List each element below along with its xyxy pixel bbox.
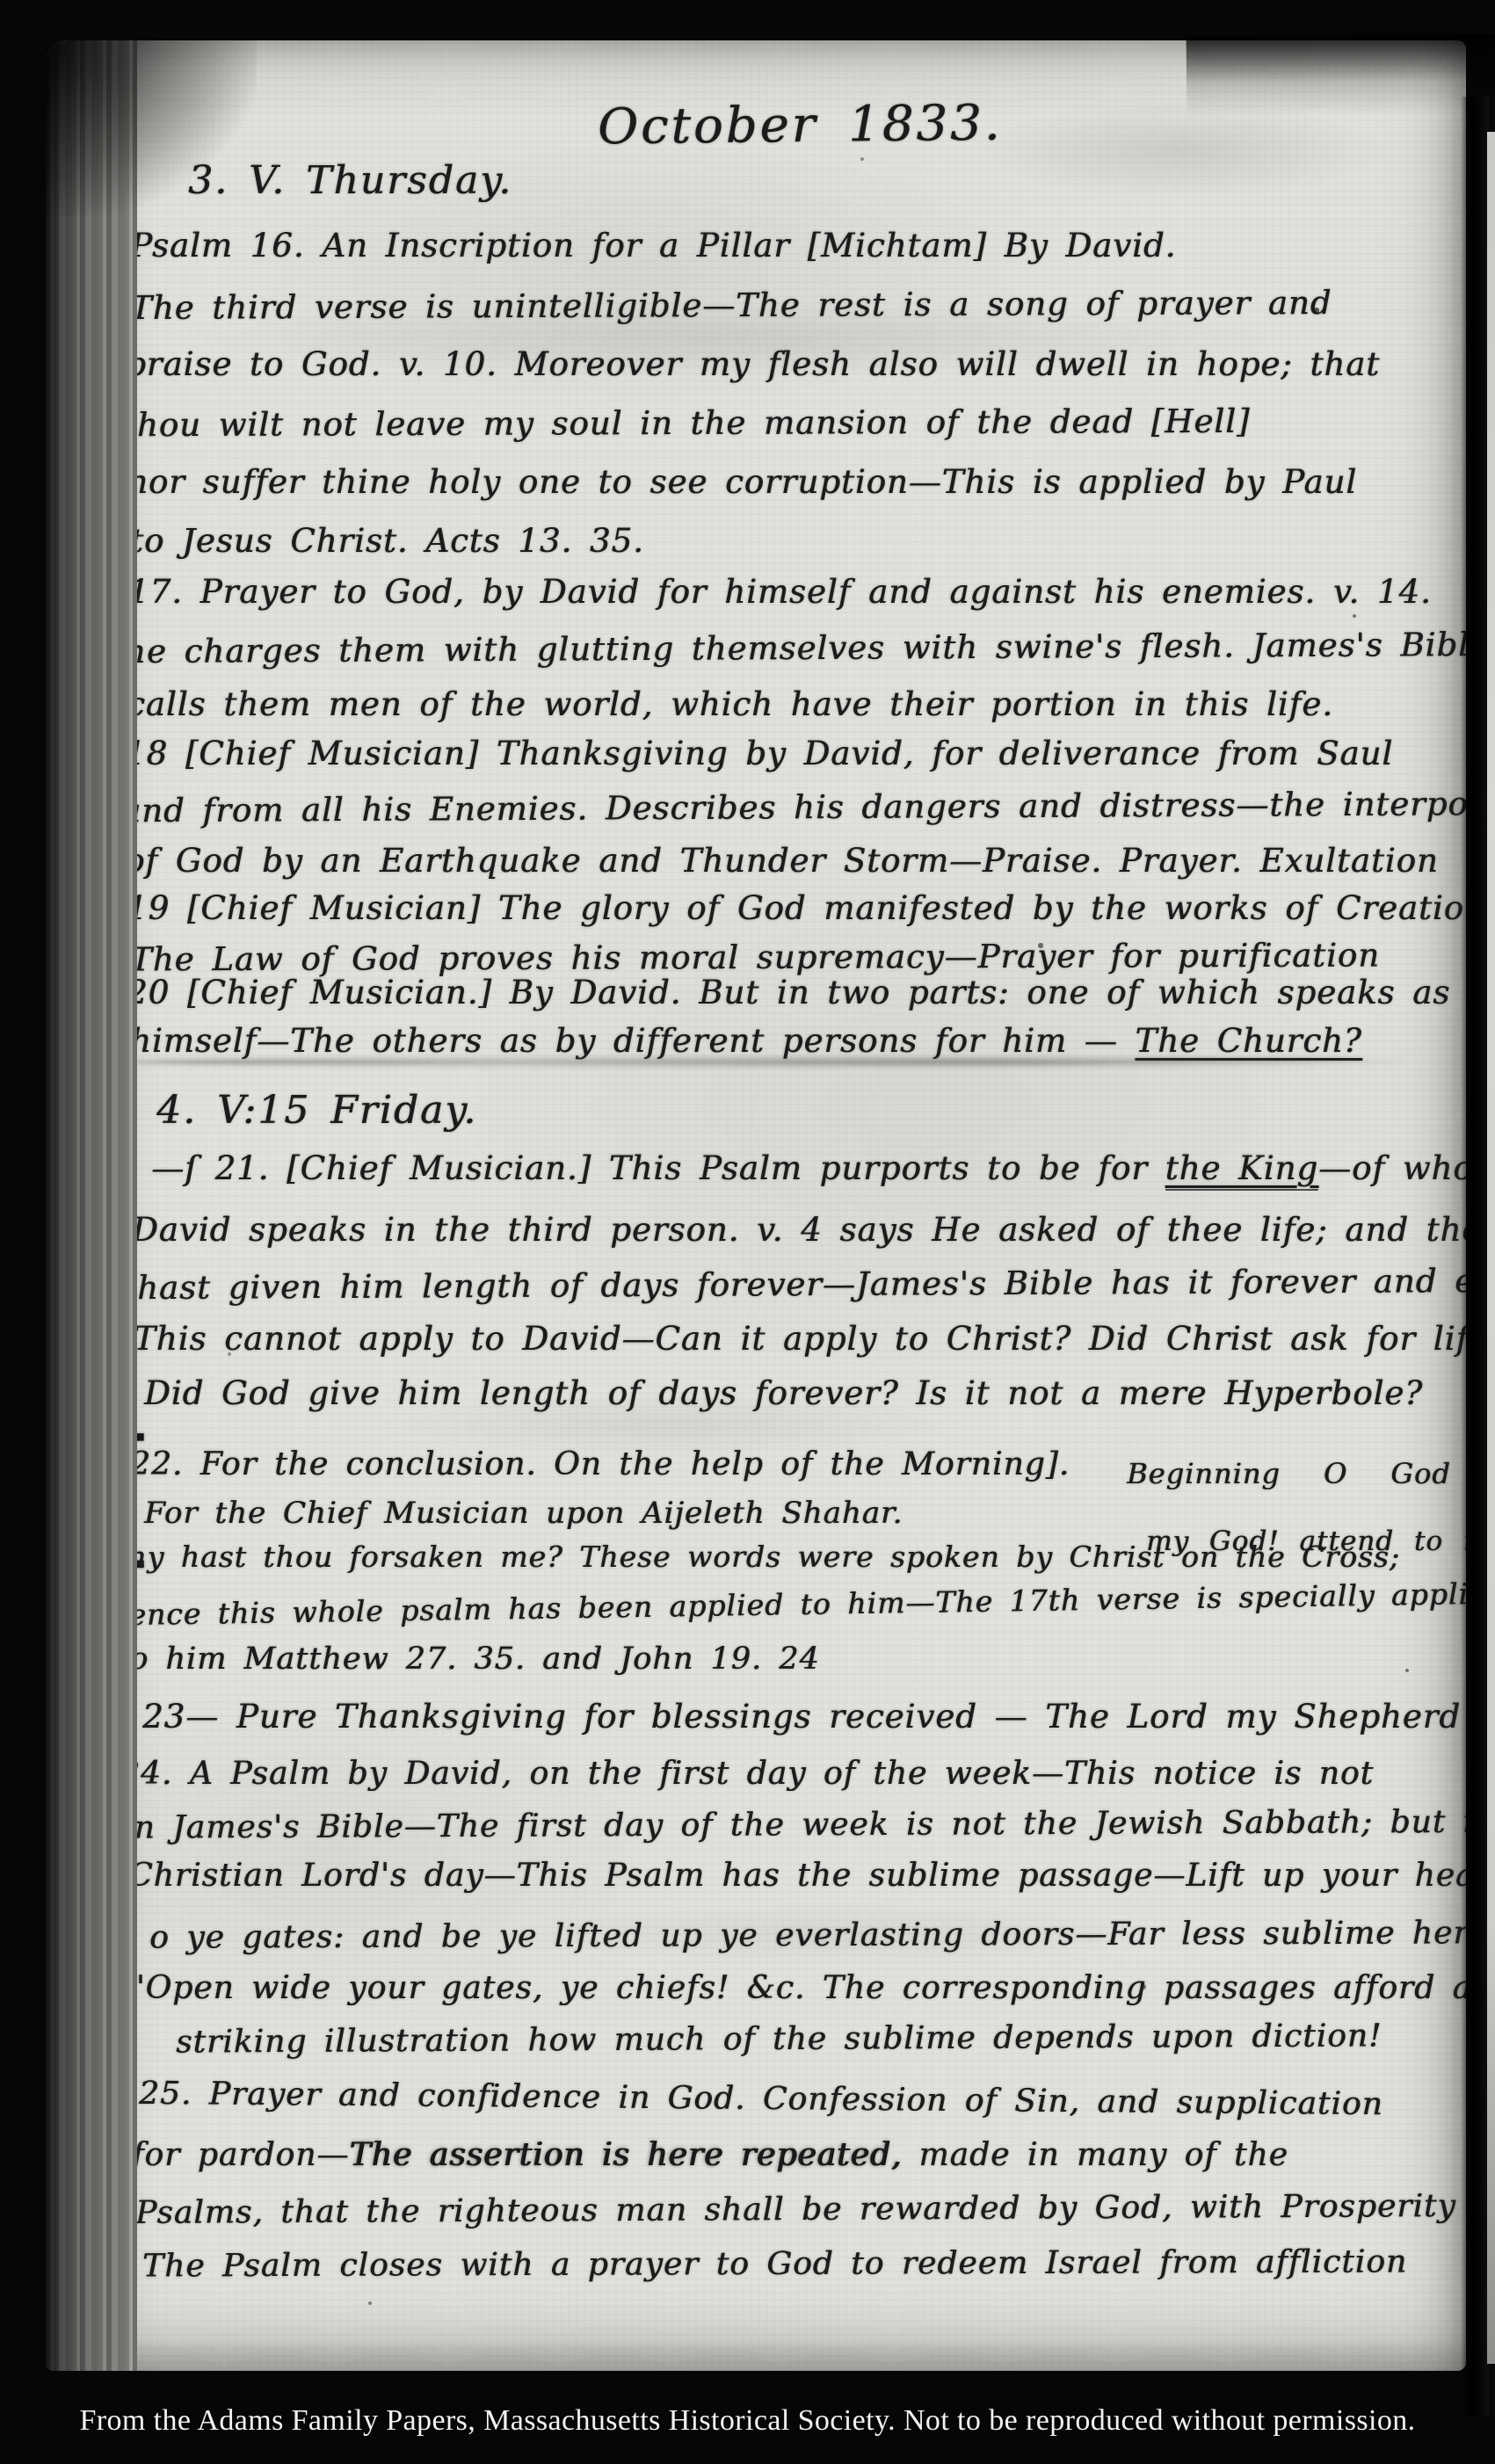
- bleed-through-smudge: [969, 102, 1390, 199]
- manuscript-line: Did God give him length of days forever?…: [144, 1374, 1423, 1412]
- blotted-phrase: The assertion is here repeated,: [349, 2137, 902, 2173]
- manuscript-line: 18 [Chief Musician] Thanksgiving by Davi…: [125, 735, 1393, 772]
- facing-page-sliver: [1487, 132, 1495, 2364]
- manuscript-line: to him Matthew 27. 35. and John 19. 24: [116, 1641, 820, 1677]
- scanned-manuscript: { "colors": { "background": "#060606", "…: [0, 0, 1495, 2464]
- manuscript-line: praise to God. v. 10. Moreover my flesh …: [125, 345, 1380, 383]
- line-text: —ſ 21. [Chief Musician.] This Psalm purp…: [151, 1149, 1165, 1187]
- book-binding-edge: [46, 40, 137, 2371]
- manuscript-line: calls them men of the world, which have …: [127, 685, 1333, 723]
- manuscript-line: Psalm 16. An Inscription for a Pillar [M…: [130, 227, 1176, 265]
- manuscript-line: of God by an Earthquake and Thunder Stor…: [125, 842, 1439, 880]
- underlined-phrase: The Church?: [1135, 1022, 1361, 1060]
- underlined-phrase: the King: [1165, 1149, 1318, 1191]
- manuscript-line: —ſ 21. [Chief Musician.] This Psalm purp…: [151, 1149, 1466, 1187]
- marginal-note: Beginning O God: [1127, 1457, 1451, 1490]
- manuscript-line: he charges them with glutting themselves…: [125, 626, 1466, 670]
- line-text: for pardon—: [132, 2137, 349, 2173]
- manuscript-line: This cannot apply to David—Can it apply …: [134, 1320, 1466, 1358]
- manuscript-line: thou wilt not leave my soul in the mansi…: [123, 402, 1251, 444]
- line-text: made in many of the: [902, 2137, 1288, 2173]
- manuscript-line: hence this whole psalm has been applied …: [109, 1576, 1466, 1633]
- corner-shadow: [46, 40, 257, 216]
- manuscript-line: 20 [Chief Musician.] By David. But in tw…: [127, 974, 1466, 1011]
- separator-smudge: [129, 1058, 1404, 1066]
- manuscript-line: 23— Pure Thanksgiving for blessings rece…: [142, 1698, 1461, 1736]
- manuscript-line: nor suffer thine holy one to see corrupt…: [127, 463, 1357, 501]
- manuscript-line: in James's Bible—The first day of the we…: [123, 1803, 1466, 1845]
- manuscript-line: The Law of God proves his moral supremac…: [130, 937, 1380, 979]
- manuscript-line: David speaks in the third person. v. 4 s…: [132, 1211, 1466, 1249]
- manuscript-line: himself—The others as by different perso…: [130, 1022, 1362, 1060]
- manuscript-line: 24. A Psalm by David, on the first day o…: [120, 1756, 1374, 1792]
- manuscript-line: 17. Prayer to God, by David for himself …: [128, 573, 1432, 611]
- manuscript-line: striking illustration how much of the su…: [176, 2018, 1383, 2060]
- archive-credit-caption: From the Adams Family Papers, Massachuse…: [0, 2404, 1495, 2438]
- manuscript-line: to Jesus Christ. Acts 13. 35.: [130, 522, 644, 560]
- manuscript-line: 22. For the conclusion. On the help of t…: [130, 1446, 1070, 1482]
- manuscript-line: For the Chief Musician upon Aijeleth Sha…: [144, 1496, 903, 1531]
- manuscript-line: for pardon—The assertion is here repeate…: [132, 2137, 1288, 2173]
- manuscript-line: and from all his Enemies. Describes his …: [121, 785, 1466, 830]
- manuscript-line: The Psalm closes with a prayer to God to…: [142, 2243, 1407, 2284]
- manuscript-page: October 1833. 3. V. Thursday. Psalm 16. …: [46, 40, 1466, 2371]
- manuscript-line: The third verse is unintelligible—The re…: [130, 284, 1332, 327]
- manuscript-line: 25. Prayer and confidence in God. Confes…: [139, 2076, 1383, 2122]
- page-gutter: [1461, 97, 1489, 2417]
- entry-heading-friday: 4. V:15 Friday.: [156, 1088, 477, 1133]
- date-heading: October 1833.: [598, 95, 1003, 156]
- manuscript-line: "Open wide your gates, ye chiefs! &c. Th…: [130, 1970, 1466, 2006]
- manuscript-line: why hast thou forsaken me? These words w…: [102, 1540, 1400, 1574]
- manuscript-line: o ye gates: and be ye lifted up ye everl…: [149, 1915, 1466, 1955]
- manuscript-line: Christian Lord's day—This Psalm has the …: [128, 1858, 1466, 1894]
- manuscript-line: 19 [Chief Musician] The glory of God man…: [127, 889, 1466, 927]
- line-text: himself—The others as by different perso…: [130, 1022, 1135, 1060]
- scan-edge-shadow: [1187, 33, 1495, 115]
- line-text: —of whom: [1318, 1149, 1466, 1187]
- manuscript-line: Psalms, that the righteous man shall be …: [135, 2188, 1456, 2231]
- manuscript-line: hast given him length of days forever—Ja…: [137, 1262, 1466, 1307]
